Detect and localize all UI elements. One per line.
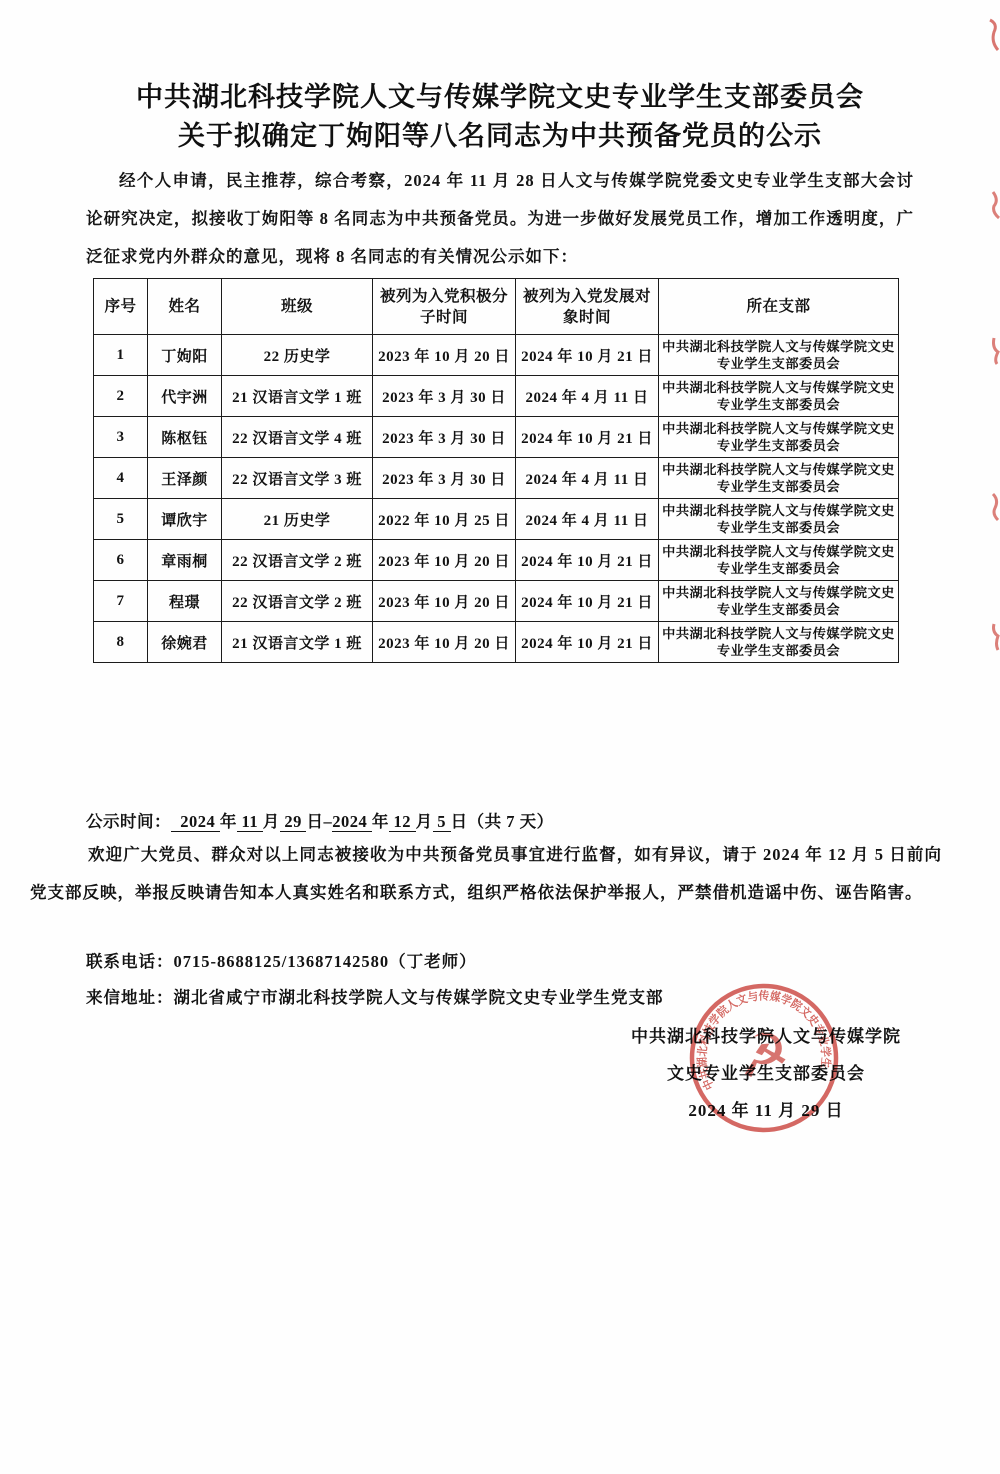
publicity-table: 序号 姓名 班级 被列为入党积极分子时间 被列为入党发展对象时间 所在支部 1 … xyxy=(93,278,899,663)
cell-branch: 中共湖北科技学院人文与传媒学院文史专业学生支部委员会 xyxy=(659,622,899,663)
cell-activist-date: 2023 年 10 月 20 日 xyxy=(373,622,516,663)
red-edge-mark xyxy=(990,622,1000,652)
cell-no: 8 xyxy=(94,622,148,663)
cell-branch: 中共湖北科技学院人文与传媒学院文史专业学生支部委员会 xyxy=(659,417,899,458)
contact-phone-line: 联系电话：0715-8688125/13687142580（丁老师） xyxy=(86,948,966,976)
cell-class: 22 汉语言文学 4 班 xyxy=(222,417,373,458)
table-row: 8 徐婉君 21 汉语言文学 1 班 2023 年 10 月 20 日 2024… xyxy=(94,622,899,663)
col-header-name: 姓名 xyxy=(148,279,222,335)
col-header-no: 序号 xyxy=(94,279,148,335)
cell-no: 2 xyxy=(94,376,148,417)
cell-activist-date: 2023 年 3 月 30 日 xyxy=(373,376,516,417)
period-year1: 2024 xyxy=(171,812,220,832)
cell-class: 22 汉语言文学 2 班 xyxy=(222,581,373,622)
cell-activist-date: 2023 年 10 月 20 日 xyxy=(373,581,516,622)
period-day2: 5 xyxy=(433,812,451,832)
cell-activist-date: 2023 年 10 月 20 日 xyxy=(373,540,516,581)
signature-date: 2024 年 11 月 29 日 xyxy=(566,1092,966,1129)
contact-address-line: 来信地址：湖北省咸宁市湖北科技学院人文与传媒学院文史专业学生党支部 xyxy=(86,984,966,1012)
col-header-branch: 所在支部 xyxy=(659,279,899,335)
cell-name: 谭欣宇 xyxy=(148,499,222,540)
phone-label: 联系电话： xyxy=(86,952,174,971)
cell-name: 陈枢钰 xyxy=(148,417,222,458)
signature-block: 中共湖北科技学院人文与传媒学院 文史专业学生支部委员会 2024 年 11 月 … xyxy=(566,1018,966,1129)
address-value: 湖北省咸宁市湖北科技学院人文与传媒学院文史专业学生党支部 xyxy=(174,988,664,1007)
period-label: 公示时间： xyxy=(86,812,171,831)
cell-no: 3 xyxy=(94,417,148,458)
cell-candidate-date: 2024 年 4 月 11 日 xyxy=(516,458,659,499)
table-row: 5 谭欣宇 21 历史学 2022 年 10 月 25 日 2024 年 4 月… xyxy=(94,499,899,540)
period-text: 月 xyxy=(416,812,433,831)
cell-branch: 中共湖北科技学院人文与传媒学院文史专业学生支部委员会 xyxy=(659,335,899,376)
cell-no: 4 xyxy=(94,458,148,499)
period-text: 日– xyxy=(306,812,332,831)
period-text: 月 xyxy=(263,812,280,831)
cell-branch: 中共湖北科技学院人文与传媒学院文史专业学生支部委员会 xyxy=(659,499,899,540)
col-header-candidate-date: 被列为入党发展对象时间 xyxy=(516,279,659,335)
period-year2: 2024 xyxy=(332,812,372,832)
address-label: 来信地址： xyxy=(86,988,174,1007)
cell-activist-date: 2023 年 10 月 20 日 xyxy=(373,335,516,376)
table-row: 6 章雨桐 22 汉语言文学 2 班 2023 年 10 月 20 日 2024… xyxy=(94,540,899,581)
intro-paragraph: 经个人申请，民主推荐，综合考察，2024 年 11 月 28 日人文与传媒学院党… xyxy=(86,162,914,276)
cell-class: 22 历史学 xyxy=(222,335,373,376)
cell-name: 章雨桐 xyxy=(148,540,222,581)
cell-branch: 中共湖北科技学院人文与传媒学院文史专业学生支部委员会 xyxy=(659,458,899,499)
cell-candidate-date: 2024 年 4 月 11 日 xyxy=(516,499,659,540)
cell-name: 徐婉君 xyxy=(148,622,222,663)
cell-activist-date: 2022 年 10 月 25 日 xyxy=(373,499,516,540)
period-month1: 11 xyxy=(237,812,263,832)
cell-no: 6 xyxy=(94,540,148,581)
document-page: 中共湖北科技学院人文与传媒学院文史专业学生支部委员会 关于拟确定丁姁阳等八名同志… xyxy=(0,0,1000,1474)
cell-candidate-date: 2024 年 10 月 21 日 xyxy=(516,417,659,458)
cell-branch: 中共湖北科技学院人文与传媒学院文史专业学生支部委员会 xyxy=(659,376,899,417)
period-day1: 29 xyxy=(280,812,307,832)
cell-candidate-date: 2024 年 4 月 11 日 xyxy=(516,376,659,417)
cell-branch: 中共湖北科技学院人文与传媒学院文史专业学生支部委员会 xyxy=(659,581,899,622)
signature-org-line1: 中共湖北科技学院人文与传媒学院 xyxy=(566,1018,966,1055)
table-header-row: 序号 姓名 班级 被列为入党积极分子时间 被列为入党发展对象时间 所在支部 xyxy=(94,279,899,335)
table-row: 3 陈枢钰 22 汉语言文学 4 班 2023 年 3 月 30 日 2024 … xyxy=(94,417,899,458)
red-edge-mark xyxy=(990,492,1000,522)
cell-class: 22 汉语言文学 2 班 xyxy=(222,540,373,581)
period-text: 年 xyxy=(372,812,389,831)
cell-candidate-date: 2024 年 10 月 21 日 xyxy=(516,622,659,663)
document-title-line2: 关于拟确定丁姁阳等八名同志为中共预备党员的公示 xyxy=(0,119,1000,153)
period-text: 年 xyxy=(220,812,237,831)
cell-name: 程璟 xyxy=(148,581,222,622)
cell-no: 1 xyxy=(94,335,148,376)
table-row: 4 王泽颜 22 汉语言文学 3 班 2023 年 3 月 30 日 2024 … xyxy=(94,458,899,499)
period-month2: 12 xyxy=(389,812,416,832)
cell-no: 5 xyxy=(94,499,148,540)
phone-value: 0715-8688125/13687142580（丁老师） xyxy=(174,952,477,971)
cell-candidate-date: 2024 年 10 月 21 日 xyxy=(516,335,659,376)
publicity-period-line: 公示时间： 2024 年 11 月 29 日–2024 年 12 月 5 日（共… xyxy=(86,808,946,836)
supervision-paragraph: 欢迎广大党员、群众对以上同志被接收为中共预备党员事宜进行监督，如有异议，请于 2… xyxy=(30,836,942,912)
cell-no: 7 xyxy=(94,581,148,622)
cell-class: 21 汉语言文学 1 班 xyxy=(222,622,373,663)
cell-activist-date: 2023 年 3 月 30 日 xyxy=(373,417,516,458)
cell-candidate-date: 2024 年 10 月 21 日 xyxy=(516,540,659,581)
table-row: 1 丁姁阳 22 历史学 2023 年 10 月 20 日 2024 年 10 … xyxy=(94,335,899,376)
cell-class: 21 汉语言文学 1 班 xyxy=(222,376,373,417)
document-title-line1: 中共湖北科技学院人文与传媒学院文史专业学生支部委员会 xyxy=(0,80,1000,114)
col-header-class: 班级 xyxy=(222,279,373,335)
table-row: 7 程璟 22 汉语言文学 2 班 2023 年 10 月 20 日 2024 … xyxy=(94,581,899,622)
cell-branch: 中共湖北科技学院人文与传媒学院文史专业学生支部委员会 xyxy=(659,540,899,581)
red-edge-mark xyxy=(988,16,1000,54)
cell-name: 丁姁阳 xyxy=(148,335,222,376)
period-text: 日（共 7 天） xyxy=(451,812,554,831)
cell-class: 22 汉语言文学 3 班 xyxy=(222,458,373,499)
red-edge-mark xyxy=(990,336,1000,366)
cell-name: 王泽颜 xyxy=(148,458,222,499)
cell-name: 代宇洲 xyxy=(148,376,222,417)
cell-candidate-date: 2024 年 10 月 21 日 xyxy=(516,581,659,622)
table-row: 2 代宇洲 21 汉语言文学 1 班 2023 年 3 月 30 日 2024 … xyxy=(94,376,899,417)
red-edge-mark xyxy=(990,190,1000,220)
col-header-activist-date: 被列为入党积极分子时间 xyxy=(373,279,516,335)
signature-org-line2: 文史专业学生支部委员会 xyxy=(566,1055,966,1092)
cell-class: 21 历史学 xyxy=(222,499,373,540)
cell-activist-date: 2023 年 3 月 30 日 xyxy=(373,458,516,499)
